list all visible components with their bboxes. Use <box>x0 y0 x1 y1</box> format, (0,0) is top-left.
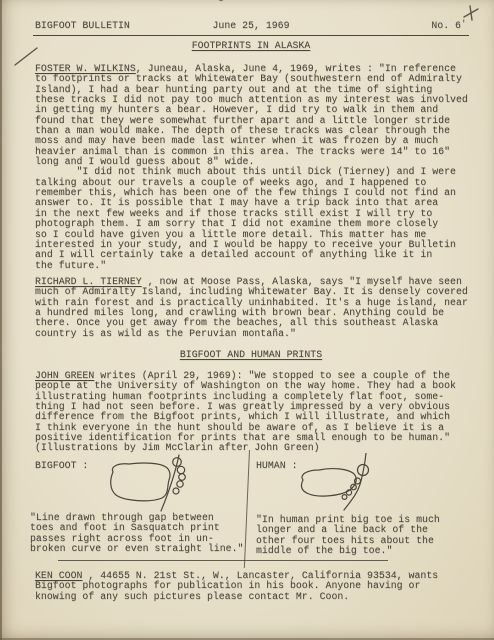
human-footprint-drawing <box>291 453 379 511</box>
bigfoot-column-label: BIGFOOT : <box>35 461 88 471</box>
bigfoot-caption: "Line drawn through gap between toes and… <box>30 513 243 554</box>
coon-text: , 44655 N. 21st St., W., Lancaster, Cali… <box>35 570 438 602</box>
scan-edge-left <box>0 0 2 640</box>
bigfoot-footprint-drawing <box>100 454 192 512</box>
human-caption: "In human print big toe is much longer a… <box>256 515 440 556</box>
coon-name: KEN COON <box>35 570 82 581</box>
bulletin-title: BIGFOOT BULLETIN <box>35 21 130 31</box>
coon-paragraph: KEN COON , 44655 N. 21st St., W., Lancas… <box>35 571 438 602</box>
issue-date: June 25, 1969 <box>212 21 289 31</box>
tierney-text: , now at Moose Pass, Alaska, says "I mys… <box>35 276 468 339</box>
green-name: JOHN GREEN <box>35 370 94 381</box>
green-paragraph: JOHN GREEN writes (April 29, 1969): "We … <box>35 371 456 454</box>
section-heading-footprints-in-alaska: FOOTPRINTS IN ALASKA <box>33 41 469 51</box>
tierney-paragraph: RICHARD L. TIERNEY , now at Moose Pass, … <box>35 277 468 339</box>
wilkins-text: , Juneau, Alaska, June 4, 1969, writes :… <box>35 63 468 271</box>
wilkins-name: FOSTER W. WILKINS <box>35 63 136 74</box>
document-page: -3- ' BIGFOOT BULLETIN June 25, 1969 No.… <box>0 0 494 640</box>
column-divider-line <box>244 450 251 568</box>
section-bottom-rule <box>58 560 388 561</box>
page-number-partial: -3- <box>212 0 230 4</box>
section-heading-bigfoot-and-human-prints: BIGFOOT AND HUMAN PRINTS <box>33 350 469 360</box>
wilkins-paragraph: FOSTER W. WILKINS, Juneau, Alaska, June … <box>35 64 468 271</box>
issue-number: No. 6 <box>431 21 461 31</box>
masthead: BIGFOOT BULLETIN June 25, 1969 No. 6 <box>33 21 469 36</box>
toe-gap-line <box>161 455 179 511</box>
tierney-name: RICHARD L. TIERNEY <box>35 276 142 287</box>
green-text: writes (April 29, 1969): "We stopped to … <box>35 370 456 453</box>
